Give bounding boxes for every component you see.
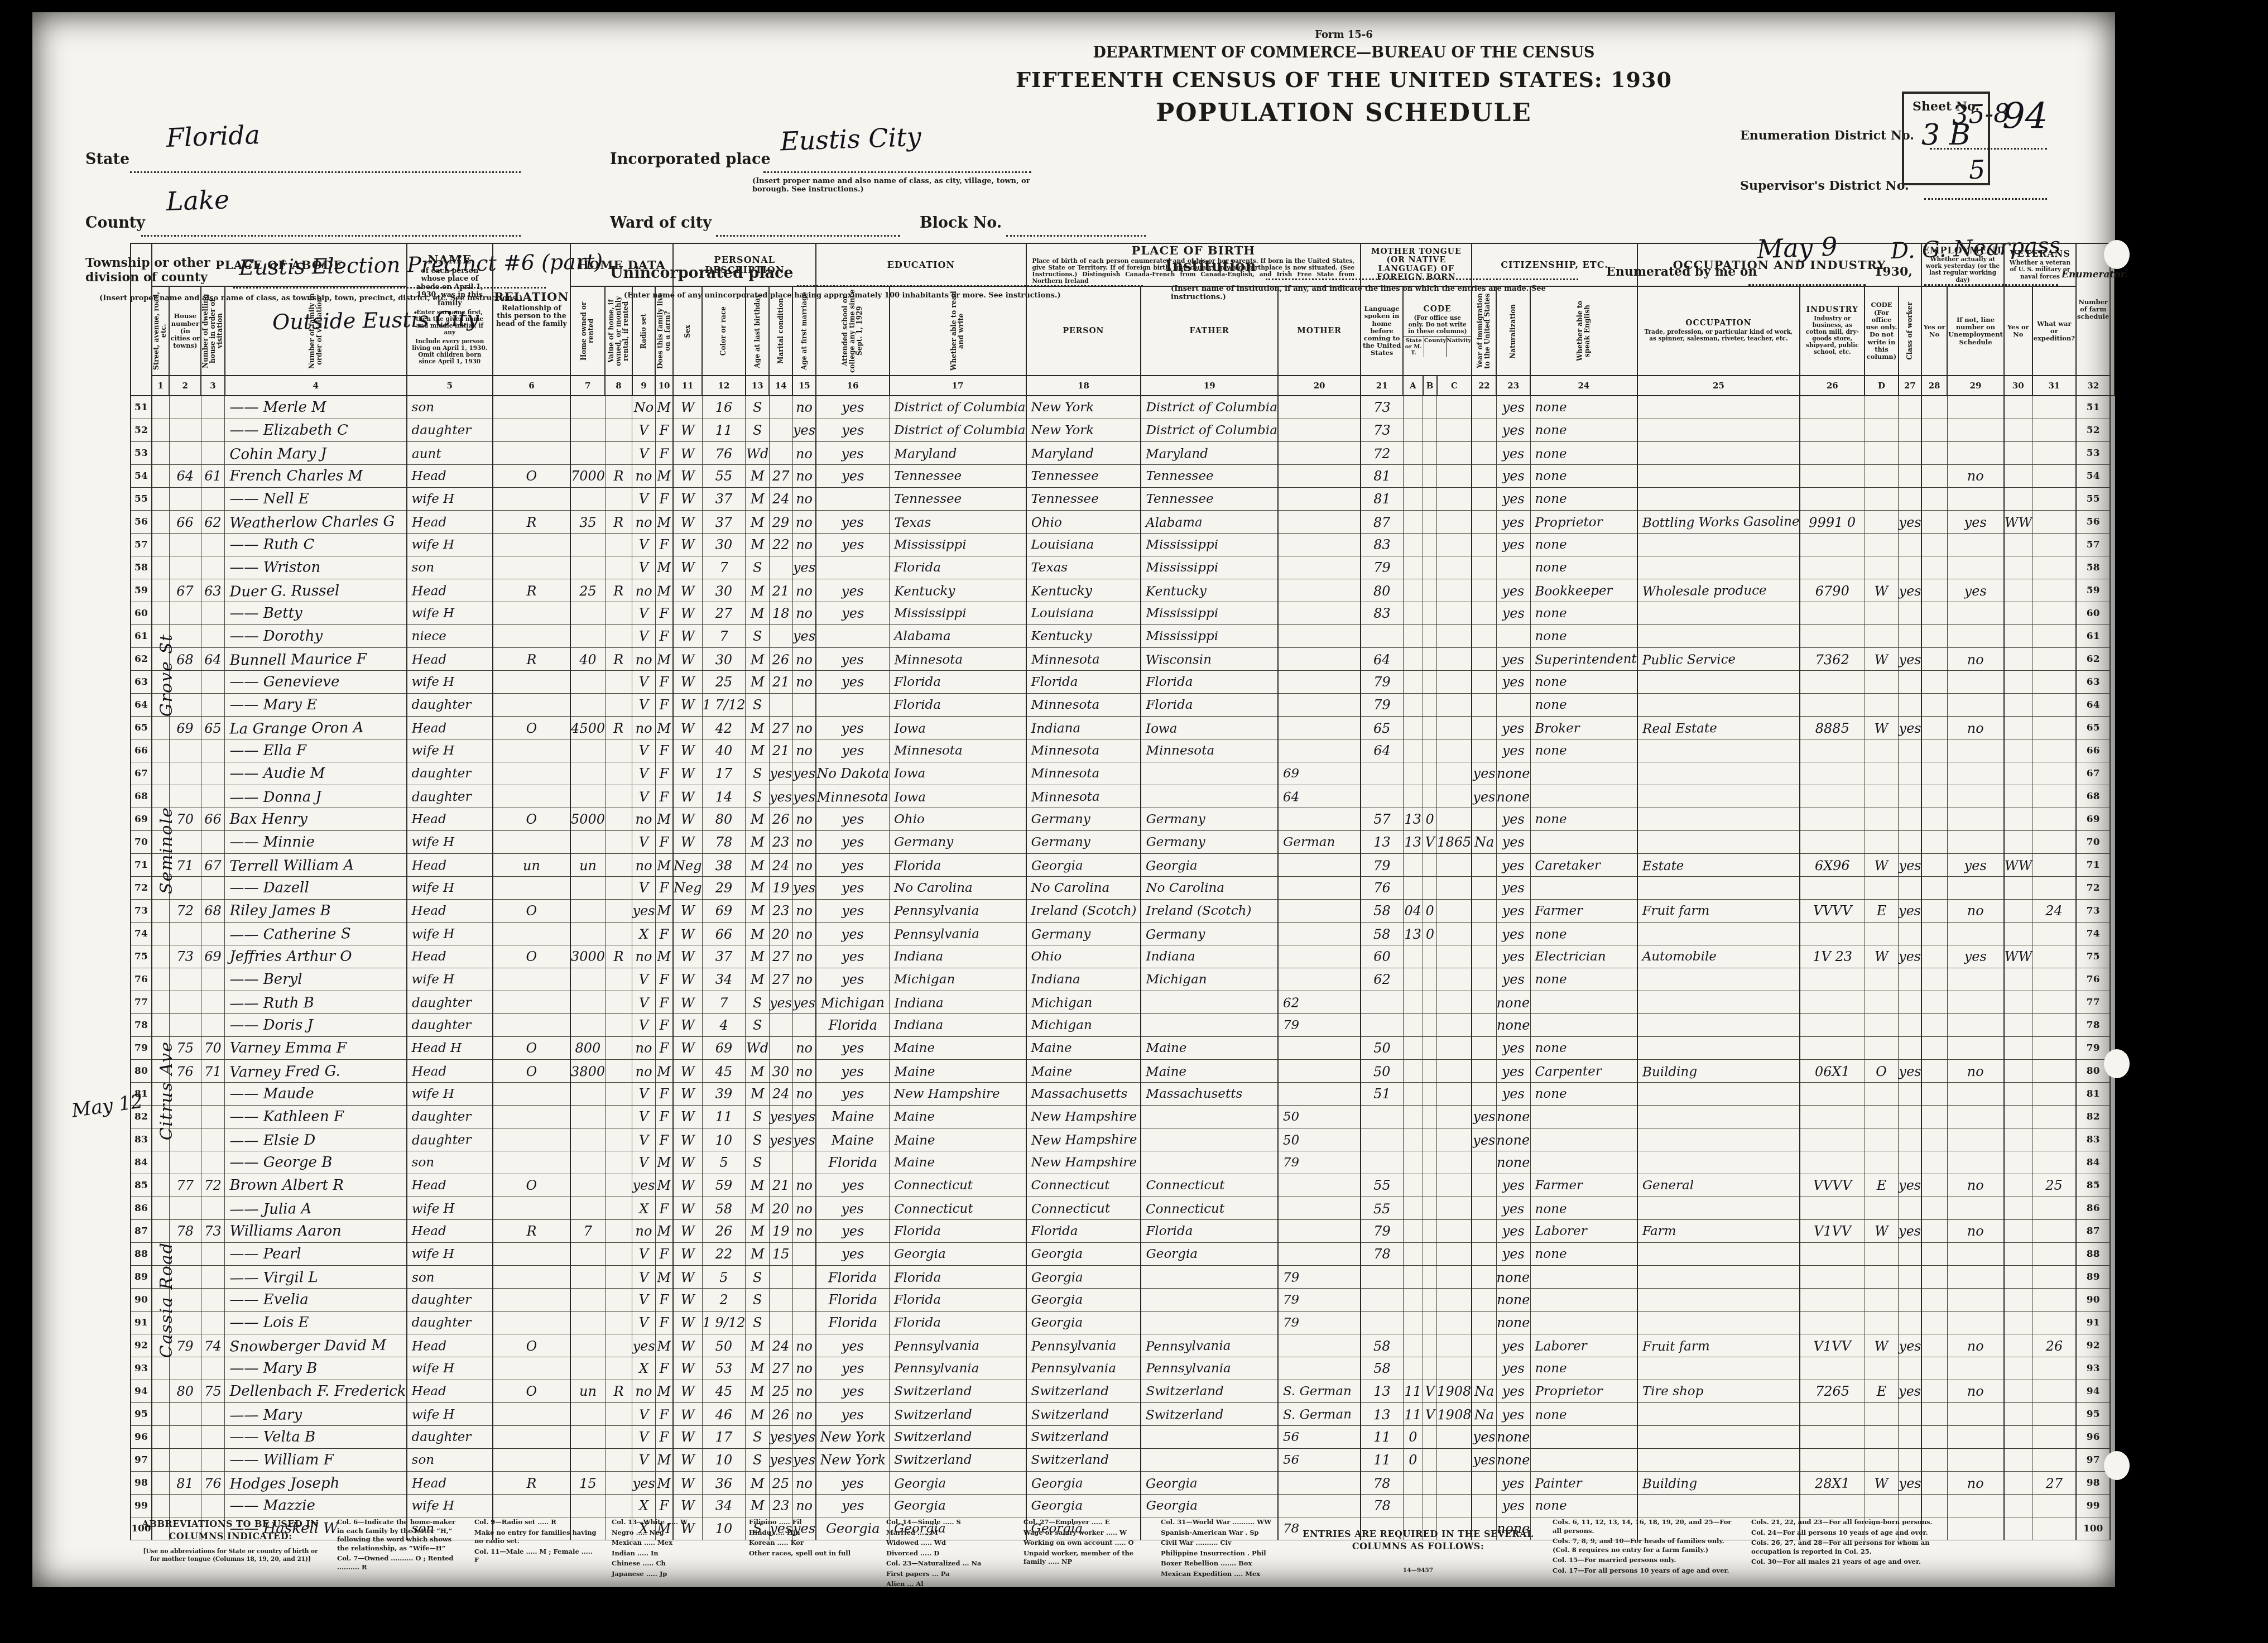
census-cell — [152, 602, 170, 625]
census-cell — [1800, 671, 1865, 694]
census-cell: M — [746, 1083, 770, 1106]
census-cell — [1472, 1014, 1496, 1037]
census-cell: 73 — [1361, 419, 1403, 442]
census-cell — [1921, 923, 1947, 945]
census-row: 948075Dellenbach F. FrederickHeadOunRnoM… — [131, 1380, 2115, 1403]
census-cell — [2004, 785, 2032, 809]
county-label: County — [85, 214, 145, 232]
census-cell: no — [792, 1197, 816, 1220]
census-cell — [2004, 991, 2032, 1015]
census-cell — [1423, 556, 1437, 579]
census-cell — [201, 556, 225, 579]
census-cell — [2032, 739, 2076, 762]
census-cell: Georgia — [889, 1471, 1026, 1496]
census-cell: yes — [816, 1220, 889, 1243]
census-cell — [1423, 1106, 1437, 1128]
col-immigration-year: Year of immigration to the United States — [1472, 286, 1496, 376]
census-cell — [1496, 694, 1530, 717]
census-cell: Head — [406, 716, 493, 740]
census-cell — [605, 1174, 632, 1197]
line-number: 53 — [2076, 442, 2110, 465]
census-cell — [1865, 762, 1898, 785]
column-number: 14 — [769, 376, 792, 396]
census-cell: yes — [1898, 717, 1921, 739]
census-cell — [2032, 441, 2076, 465]
census-cell: yes — [769, 785, 792, 808]
column-number: 10 — [655, 376, 673, 396]
line-number: 88 — [131, 1243, 152, 1266]
census-cell — [816, 556, 889, 579]
census-cell: W — [673, 1014, 702, 1037]
census-cell: M — [746, 900, 770, 923]
line-number: 72 — [131, 877, 152, 900]
census-cell — [570, 442, 606, 465]
census-cell — [570, 1495, 606, 1517]
census-cell — [769, 1266, 792, 1289]
census-cell — [1403, 1083, 1423, 1106]
census-row: 57—— Ruth Cwife HVFW30M22noyesMississipp… — [131, 534, 2115, 556]
census-cell — [1947, 1037, 2004, 1060]
census-cell: 34 — [702, 968, 746, 991]
census-cell — [2004, 1037, 2032, 1060]
census-cell — [1898, 1128, 1921, 1151]
census-cell — [493, 396, 570, 419]
census-cell — [493, 441, 570, 465]
line-number: 84 — [131, 1151, 152, 1174]
census-cell — [1437, 442, 1472, 465]
census-cell — [1278, 945, 1361, 968]
census-cell: no — [1947, 1220, 2004, 1243]
sheet-number-box: Sheet No. 3 B — [1902, 92, 1990, 185]
census-row: 77—— Ruth BdaughterVFW7SyesyesMichiganIn… — [131, 991, 2115, 1014]
census-cell: 67 — [169, 579, 201, 603]
census-cell — [1472, 808, 1496, 831]
census-cell — [1921, 1495, 1947, 1517]
census-cell — [2032, 785, 2076, 808]
census-cell: Head — [406, 579, 493, 603]
col-birthplace-mother: MOTHER — [1278, 286, 1361, 376]
census-cell: M — [655, 465, 673, 488]
census-cell: 73 — [169, 945, 201, 968]
census-cell: W — [673, 1266, 703, 1289]
census-cell: Minnesota — [890, 739, 1026, 762]
census-cell — [1921, 534, 1947, 556]
census-cell — [1800, 396, 1865, 419]
census-cell: 75 — [201, 1380, 225, 1403]
census-cell: none — [1530, 534, 1637, 556]
footer-entries-line: Cols. 7, 8, 9, and 10—For heads of famil… — [1553, 1537, 1737, 1554]
census-cell: 27 — [769, 465, 792, 488]
census-cell — [152, 1014, 170, 1037]
census-cell — [1947, 1106, 2004, 1128]
census-cell — [2032, 1495, 2076, 1517]
census-cell: Ohio — [890, 808, 1026, 831]
col-mother-tongue: Language spoken in home before coming to… — [1361, 286, 1403, 376]
census-cell — [493, 625, 570, 648]
census-cell — [1899, 671, 1922, 694]
census-cell — [2032, 1517, 2076, 1540]
census-cell: yes — [816, 968, 889, 991]
census-cell: F — [655, 534, 673, 556]
census-cell — [1921, 1266, 1947, 1289]
census-cell: none — [1530, 441, 1637, 465]
census-cell — [605, 1266, 632, 1289]
census-cell — [1947, 968, 2004, 991]
footer-abbrev-block: Col. 14—Single ..... SMarried ..... MWid… — [886, 1518, 1009, 1591]
census-cell — [1898, 1266, 1921, 1289]
line-number: 96 — [2076, 1426, 2110, 1449]
census-cell — [1921, 1311, 1947, 1334]
census-cell: none — [1530, 1083, 1637, 1106]
census-cell: yes — [1898, 1060, 1921, 1083]
census-cell — [605, 991, 632, 1015]
line-number: 92 — [2076, 1334, 2110, 1357]
sheet-label: Sheet No. — [1904, 99, 1988, 114]
census-cell — [201, 785, 225, 808]
census-cell: Switzerland — [1141, 1380, 1278, 1403]
census-cell: Head — [406, 510, 493, 534]
census-cell — [1530, 831, 1637, 854]
census-cell: Na — [1472, 1403, 1497, 1426]
census-cell — [605, 442, 632, 465]
census-cell: no — [792, 900, 816, 923]
census-cell — [2032, 1449, 2076, 1472]
census-cell — [152, 396, 170, 419]
line-number: 71 — [2076, 854, 2110, 877]
census-cell: none — [1530, 739, 1637, 762]
census-cell — [2004, 1495, 2032, 1517]
census-cell — [201, 671, 225, 694]
census-cell: W — [673, 1037, 702, 1060]
footer-abbrev-line: Make no entry for families having no rad… — [474, 1529, 597, 1546]
census-cell: yes — [1496, 854, 1530, 877]
census-cell: no — [632, 1220, 655, 1243]
census-cell — [1403, 1014, 1423, 1037]
census-cell — [1423, 465, 1437, 488]
census-cell — [605, 694, 632, 717]
census-cell: no — [1947, 900, 2004, 923]
census-row: 81—— Maudewife HVFW39M24noyesNew Hampshi… — [131, 1083, 2115, 1106]
census-cell: Minnesota — [1026, 694, 1141, 717]
census-cell — [1472, 968, 1496, 991]
census-cell — [792, 1311, 816, 1334]
census-cell: W — [673, 1151, 702, 1174]
census-cell — [1437, 602, 1472, 625]
census-cell: no — [792, 854, 816, 877]
line-number: 55 — [2076, 488, 2110, 511]
census-cell — [1496, 625, 1530, 648]
census-cell — [1472, 1311, 1496, 1334]
footer-abbrev-line: Col. 23—Naturalized ... Na — [886, 1559, 1009, 1568]
census-cell: Connecticut — [1141, 1174, 1278, 1197]
census-row: 70—— Minniewife HVFW78M23noyesGermanyGer… — [131, 831, 2115, 854]
census-cell: Riley James B — [225, 900, 407, 923]
census-cell — [1899, 1083, 1922, 1106]
census-cell — [1865, 1266, 1899, 1289]
census-cell: 79 — [1361, 694, 1403, 717]
census-cell: —— Wriston — [225, 556, 407, 579]
census-cell: Michigan — [816, 991, 890, 1014]
census-cell — [2004, 831, 2032, 854]
line-number: 88 — [2076, 1243, 2110, 1266]
line-number: 86 — [131, 1197, 152, 1220]
census-cell: yes — [1472, 1449, 1496, 1472]
census-cell — [769, 396, 792, 419]
census-cell: 26 — [769, 1403, 792, 1426]
census-cell: Germany — [890, 831, 1026, 854]
census-cell — [1921, 831, 1947, 854]
line-number: 62 — [2076, 648, 2110, 671]
census-cell — [1141, 1151, 1278, 1174]
census-cell: V — [632, 1266, 655, 1289]
census-cell: 7 — [702, 556, 746, 579]
census-cell: 17 — [702, 1426, 746, 1449]
census-cell — [2032, 1220, 2076, 1243]
census-cell: W — [673, 465, 702, 488]
census-cell — [169, 534, 201, 556]
census-cell — [1947, 1402, 2004, 1426]
census-cell — [1423, 1197, 1437, 1220]
census-cell: yes — [1898, 511, 1921, 534]
group-veterans: VETERANSWhether a veteran of U. S. milit… — [2004, 243, 2076, 286]
census-cell — [1865, 1037, 1898, 1060]
census-cell: no — [792, 1380, 816, 1403]
footer-entries-right: Cols. 21, 22, and 23—For all foreign-bor… — [1751, 1518, 1941, 1568]
census-cell: yes — [1496, 442, 1530, 465]
census-cell — [570, 534, 606, 556]
footer-abbrev-line: Mexican Expedition .... Mex — [1161, 1570, 1284, 1579]
census-cell: none — [1496, 785, 1530, 809]
line-number: 74 — [131, 923, 152, 945]
census-cell — [201, 1449, 225, 1472]
census-cell: 0 — [1423, 900, 1437, 923]
census-cell: yes — [816, 1357, 889, 1380]
census-cell: WW — [2004, 854, 2032, 877]
census-cell — [1141, 1449, 1278, 1472]
census-cell: Terrell William A — [225, 853, 407, 877]
census-cell — [2004, 1472, 2032, 1495]
census-cell — [1423, 854, 1437, 877]
line-number: 74 — [2076, 923, 2110, 945]
census-cell — [1947, 1151, 2004, 1174]
census-cell: —— Velta B — [225, 1426, 407, 1449]
census-cell — [1423, 1083, 1437, 1106]
census-cell — [1800, 1449, 1865, 1472]
census-cell: 6X96 — [1800, 853, 1865, 877]
census-cell: —— Beryl — [225, 968, 407, 991]
census-cell — [1947, 419, 2004, 442]
census-cell: V — [632, 419, 655, 442]
census-cell: yes — [1496, 1174, 1530, 1197]
census-cell — [570, 602, 606, 625]
footer-entries-line: Cols. 26, 27, and 28—For all persons for… — [1751, 1539, 1941, 1556]
census-cell: Farmer — [1530, 1174, 1637, 1197]
census-row: 68—— Donna JdaughterVFW14SyesyesMinnesot… — [131, 785, 2115, 808]
census-cell — [1437, 808, 1472, 831]
census-cell: W — [673, 511, 703, 534]
census-cell: 11 — [1361, 1449, 1403, 1472]
census-cell: yes — [816, 831, 889, 854]
census-cell — [1899, 1243, 1922, 1266]
census-cell — [1403, 602, 1423, 625]
census-cell: 37 — [702, 945, 746, 968]
census-cell: —— Genevieve — [225, 671, 407, 694]
census-cell — [2004, 1426, 2032, 1449]
census-cell: 27 — [769, 945, 792, 968]
census-cell: F — [655, 762, 673, 785]
census-cell: W — [673, 1197, 703, 1221]
census-cell: yes — [816, 900, 889, 923]
census-cell: 55 — [1361, 1197, 1403, 1220]
census-cell: No Carolina — [1141, 877, 1278, 900]
census-cell: W — [673, 762, 702, 785]
census-cell: V — [632, 602, 655, 625]
census-cell — [2004, 442, 2032, 465]
census-cell — [1361, 785, 1403, 808]
census-cell: none — [1496, 1106, 1530, 1128]
census-cell: W — [673, 1174, 702, 1197]
census-cell: 1908 — [1437, 1403, 1472, 1426]
census-cell: F — [655, 1311, 673, 1334]
census-cell: Fruit farm — [1637, 1333, 1800, 1358]
census-cell — [169, 1014, 201, 1037]
census-cell: yes — [1947, 510, 2004, 534]
line-number: 56 — [131, 511, 152, 534]
census-cell: 81 — [1361, 488, 1403, 511]
census-cell — [1361, 1151, 1403, 1174]
census-cell: 27 — [769, 968, 792, 991]
census-cell: 17 — [702, 762, 746, 785]
census-cell: W — [673, 534, 702, 556]
census-cell — [1278, 579, 1361, 603]
line-number: 79 — [131, 1037, 152, 1060]
census-cell — [493, 694, 570, 717]
census-cell — [1947, 1357, 2004, 1380]
census-cell — [152, 717, 170, 739]
census-cell: Maine — [890, 1151, 1026, 1174]
census-cell: wife H — [406, 1197, 493, 1221]
census-cell — [2004, 1243, 2032, 1266]
census-cell: W — [673, 1289, 702, 1311]
census-cell — [1899, 1357, 1922, 1380]
census-cell: yes — [1496, 419, 1530, 442]
census-cell — [1403, 534, 1423, 556]
census-cell: 27 — [769, 1357, 792, 1380]
census-cell — [1800, 1495, 1865, 1517]
census-cell: —— Lois E — [225, 1311, 407, 1334]
census-cell: 58 — [702, 1197, 746, 1220]
census-cell — [1947, 1014, 2004, 1037]
census-row: 67—— Audie MdaughterVFW17SyesyesNo Dakot… — [131, 762, 2115, 785]
census-cell — [1472, 1037, 1496, 1060]
census-cell: Switzerland — [1026, 1449, 1141, 1472]
census-cell — [1637, 1243, 1800, 1266]
census-cell — [152, 488, 170, 511]
census-cell: 55 — [702, 465, 746, 488]
census-cell — [169, 488, 201, 511]
census-cell — [1403, 419, 1423, 442]
census-cell: Florida — [1141, 694, 1278, 717]
census-cell: E — [1865, 1380, 1898, 1403]
census-cell — [605, 1128, 632, 1152]
census-cell: W — [1865, 854, 1899, 877]
line-number: 75 — [2076, 945, 2110, 968]
census-cell: Maine — [890, 1106, 1026, 1128]
census-cell — [605, 900, 632, 923]
census-cell — [1800, 1311, 1865, 1334]
line-number: 96 — [131, 1426, 152, 1449]
census-cell — [1947, 785, 2004, 808]
census-cell: Fruit farm — [1637, 900, 1800, 923]
footer-abbrev-line: Col. 14—Single ..... S — [886, 1518, 1009, 1527]
footer-print-code: 14—9457 — [1298, 1567, 1538, 1574]
col-code-abc: CODE(For office use only. Do not write i… — [1403, 286, 1472, 376]
census-cell — [493, 1495, 570, 1517]
census-cell — [1637, 808, 1800, 831]
census-cell — [1403, 511, 1423, 534]
census-cell — [2004, 1380, 2032, 1403]
census-cell: W — [673, 1128, 703, 1152]
census-cell — [1423, 1289, 1437, 1311]
census-cell — [1472, 1357, 1496, 1380]
census-cell — [605, 1106, 632, 1128]
census-cell: R — [493, 510, 570, 534]
census-cell: 78 — [1361, 1243, 1403, 1266]
census-cell — [769, 419, 792, 442]
census-cell: Germany — [1026, 808, 1141, 831]
census-cell — [1921, 1449, 1947, 1472]
census-cell: —— Audie M — [225, 762, 407, 785]
census-cell: 23 — [769, 900, 792, 923]
census-cell: Switzerland — [1026, 1402, 1141, 1426]
census-cell — [1403, 1357, 1423, 1380]
census-cell — [1472, 1174, 1496, 1197]
census-cell: 15 — [570, 1472, 606, 1495]
census-cell: F — [655, 739, 673, 762]
group-citizenship: CITIZENSHIP, ETC. — [1472, 243, 1637, 286]
line-number: 98 — [131, 1472, 152, 1495]
census-cell: 13 — [1361, 1380, 1403, 1403]
census-cell: X — [632, 923, 655, 945]
census-cell — [152, 442, 170, 465]
line-number: 87 — [131, 1220, 152, 1243]
census-cell: Pennsylvania — [1026, 1334, 1141, 1358]
census-cell: none — [1530, 488, 1637, 511]
census-cell: F — [655, 1243, 673, 1266]
census-cell: 4 — [702, 1014, 746, 1037]
census-cell — [1472, 1334, 1497, 1357]
census-cell — [201, 1083, 225, 1106]
census-cell — [769, 556, 792, 579]
census-cell — [169, 991, 201, 1015]
line-number: 89 — [2076, 1266, 2110, 1289]
ward-label: Ward of city — [610, 214, 712, 232]
census-cell: General — [1637, 1174, 1800, 1197]
street-name: Grove St — [157, 633, 176, 717]
census-cell: S — [746, 991, 770, 1014]
census-cell — [1278, 647, 1361, 671]
census-cell — [1899, 1289, 1922, 1311]
census-cell — [1472, 739, 1496, 762]
census-cell: V — [632, 1083, 655, 1106]
line-number: 95 — [2076, 1403, 2110, 1426]
census-cell — [605, 1243, 632, 1266]
census-cell — [1437, 1472, 1472, 1495]
census-cell: 68 — [201, 900, 225, 923]
census-cell: O — [1865, 1060, 1899, 1083]
census-cell — [169, 1403, 201, 1426]
census-cell: yes — [1496, 831, 1530, 854]
